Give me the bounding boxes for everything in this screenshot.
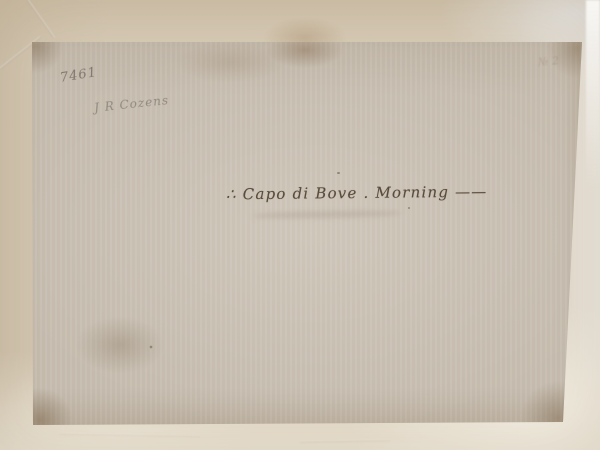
ink-ghost-smear <box>252 210 402 220</box>
faint-pencil-mark: № 2 <box>537 54 559 69</box>
ink-speck <box>337 172 340 174</box>
mount-edge-highlight <box>586 0 600 190</box>
mount-crease <box>27 0 55 38</box>
pencil-inventory-number: 7461 <box>59 65 98 86</box>
ink-title-inscription: ∴ Capo di Bove . Morning —— <box>226 183 488 204</box>
mount-crease <box>300 439 390 443</box>
mount-crease <box>60 433 200 437</box>
photo-of-drawing-verso: ∴ Capo di Bove . Morning —— 7461 J R Coz… <box>0 0 600 450</box>
pencil-attribution: J R Cozens <box>93 93 169 115</box>
drawing-sheet-verso: ∴ Capo di Bove . Morning —— 7461 J R Coz… <box>0 0 600 450</box>
ink-speck <box>408 207 410 209</box>
